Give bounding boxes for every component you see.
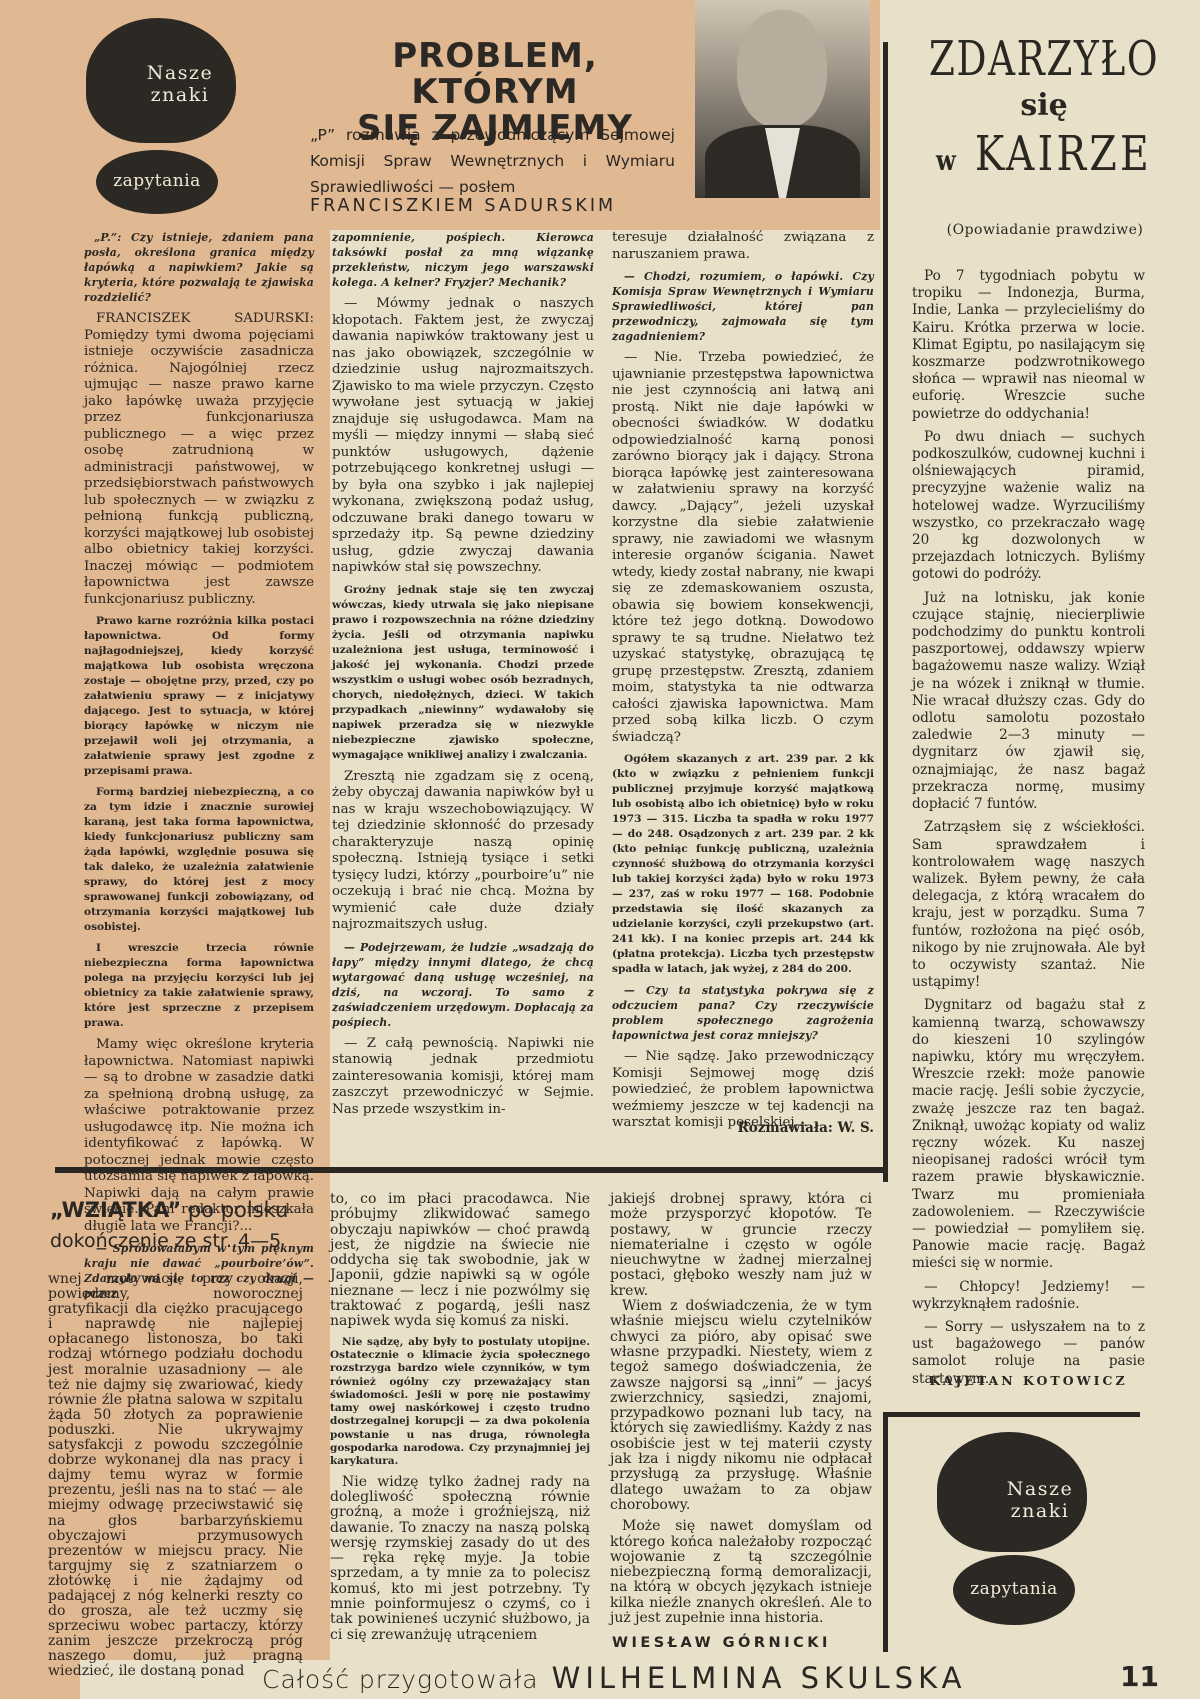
cairo-title-prefix: w bbox=[936, 144, 959, 177]
logo-label-line3: zapytania bbox=[96, 170, 218, 192]
wziatka-column-1: wnej motywacji przy okazji, powiedzmy, n… bbox=[48, 1272, 303, 1686]
interview-question: „P.”: Czy istnieje, zdaniem pana posła, … bbox=[84, 230, 314, 305]
interview-subtitle-name: FRANCISZKIEM SADURSKIM bbox=[310, 196, 680, 216]
logo-label-line2: znaki bbox=[130, 84, 230, 106]
interview-answer: — Z całą pewnością. Napiwki nie stanowią… bbox=[332, 1036, 594, 1119]
interview-answer: teresuje działalność związana z naruszan… bbox=[612, 230, 874, 263]
cairo-paragraph: Dygnitarz od bagażu stał z kamienną twar… bbox=[912, 997, 1145, 1272]
interview-column-1: „P.”: Czy istnieje, zdaniem pana posła, … bbox=[84, 230, 314, 1307]
column-rule-vertical bbox=[883, 42, 888, 1182]
wziatka-author: WIESŁAW GÓRNICKI bbox=[612, 1635, 874, 1651]
wziatka-title-bold: „WZIĄTKA” bbox=[50, 1198, 181, 1222]
wziatka-column-2: to, co im płaci pracodawca. Nie próbujmy… bbox=[330, 1192, 590, 1649]
cairo-title: ZDARZYŁO się w KAIRZE bbox=[888, 34, 1200, 187]
wziatka-small-paragraph: Nie sądzę, aby były to postulaty utopijn… bbox=[330, 1336, 590, 1469]
footer-credit-name: WILHELMINA SKULSKA bbox=[552, 1661, 967, 1695]
cairo-author: KAJETAN KOTOWICZ bbox=[912, 1373, 1145, 1388]
portrait-face bbox=[737, 10, 827, 128]
wziatka-paragraph: jakiejś drobnej sprawy, która ci może pr… bbox=[610, 1192, 872, 1299]
cairo-article-body: Po 7 tygodniach pobytu w tropiku — Indon… bbox=[912, 268, 1145, 1394]
cairo-subtitle: (Opowiadanie prawdziwe) bbox=[900, 222, 1190, 238]
interview-legal-note: I wreszcie trzecia równie niebezpieczna … bbox=[84, 941, 314, 1031]
page-footer: Całość przygotowała WILHELMINA SKULSKA bbox=[262, 1661, 1142, 1695]
interview-legal-note: Groźny jednak staje się ten zwyczaj wówc… bbox=[332, 583, 594, 763]
wziatka-header: „WZIĄTKA” po polsku dokończenie ze str. … bbox=[50, 1195, 320, 1257]
wziatka-paragraph: Wiem z doświadczenia, że w tym właśnie m… bbox=[610, 1299, 872, 1513]
wziatka-paragraph: wnej motywacji przy okazji, powiedzmy, n… bbox=[48, 1272, 303, 1680]
page-number: 11 bbox=[1120, 1660, 1159, 1693]
interview-answer: — Mówmy jednak o naszych kłopotach. Fakt… bbox=[332, 296, 594, 577]
wziatka-title-rest: po polsku bbox=[188, 1198, 289, 1222]
portrait-photo bbox=[695, 0, 870, 198]
interview-answer: FRANCISZEK SADURSKI: Pomiędzy tymi dwoma… bbox=[84, 311, 314, 608]
interview-title-line1: PROBLEM, KTÓRYM bbox=[310, 38, 680, 110]
cairo-title-line3: KAIRZE bbox=[975, 126, 1152, 182]
interview-subtitle: „P” rozmawia z przewodniczącym Sejmowej … bbox=[310, 122, 675, 200]
interview-question: — Podejrzewam, że ludzie „wsadzają do ła… bbox=[332, 940, 594, 1030]
interview-question: zapomnienie, pośpiech. Kierowca taksówki… bbox=[332, 230, 594, 290]
wziatka-column-3: jakiejś drobnej sprawy, która ci może pr… bbox=[610, 1192, 872, 1632]
speaker-label: FRANCISZEK SADURSKI: bbox=[96, 311, 314, 326]
column-rule-vertical-lower bbox=[883, 1412, 888, 1652]
logo-label-line3: zapytania bbox=[953, 1578, 1075, 1600]
interview-legal-note: Prawo karne rozróżnia kilka postaci łapo… bbox=[84, 614, 314, 779]
interview-legal-note: Formą bardziej niebezpieczną, a co za ty… bbox=[84, 785, 314, 935]
cairo-paragraph: Po 7 tygodniach pobytu w tropiku — Indon… bbox=[912, 268, 1145, 423]
logo-label-line2: znaki bbox=[990, 1500, 1090, 1522]
wziatka-continued: dokończenie ze str. 4—5 bbox=[50, 1225, 320, 1257]
answer-text: Pomiędzy tymi dwoma pojęciami istnieje o… bbox=[84, 328, 314, 607]
cairo-paragraph: — Chłopcy! Jedziemy! — wykrzyknąłem rado… bbox=[912, 1279, 1145, 1313]
interview-question: — Chodzi, rozumiem, o łapówki. Czy Komis… bbox=[612, 269, 874, 344]
logo-label-line1: Nasze bbox=[990, 1478, 1090, 1500]
logo-label-line1: Nasze bbox=[130, 62, 230, 84]
interview-column-3: teresuje działalność związana z naruszan… bbox=[612, 230, 874, 1138]
interview-byline: Rozmawiała: W. S. bbox=[612, 1120, 874, 1136]
interview-question: — Czy ta statystyka pokrywa się z odczuc… bbox=[612, 983, 874, 1043]
wziatka-paragraph: Może się nawet domyślam od którego końca… bbox=[610, 1519, 872, 1626]
cairo-paragraph: Po dwu dniach — suchych podkoszulków, cu… bbox=[912, 429, 1145, 584]
cairo-bottom-rule bbox=[885, 1412, 1140, 1417]
interview-column-2: zapomnienie, pośpiech. Kierowca taksówki… bbox=[332, 230, 594, 1124]
cairo-paragraph: Zatrząsłem się z wściekłości. Sam sprawd… bbox=[912, 819, 1145, 991]
wziatka-paragraph: Nie widzę tylko żadnej rady na dolegliwo… bbox=[330, 1475, 590, 1643]
interview-answer: Zresztą nie zgadzam się z oceną, żeby ob… bbox=[332, 769, 594, 934]
cairo-paragraph: Już na lotnisku, jak konie czujące stajn… bbox=[912, 590, 1145, 814]
section-divider-rule bbox=[55, 1167, 888, 1173]
cairo-title-line1: ZDARZYŁO bbox=[922, 34, 1165, 84]
cairo-title-line2: się bbox=[888, 84, 1200, 128]
footer-credit-label: Całość przygotowała bbox=[262, 1665, 539, 1694]
interview-statistics: Ogółem skazanych z art. 239 par. 2 kk (k… bbox=[612, 752, 874, 977]
wziatka-paragraph: to, co im płaci pracodawca. Nie próbujmy… bbox=[330, 1192, 590, 1330]
interview-answer: — Nie. Trzeba powiedzieć, że ujawnianie … bbox=[612, 350, 874, 746]
